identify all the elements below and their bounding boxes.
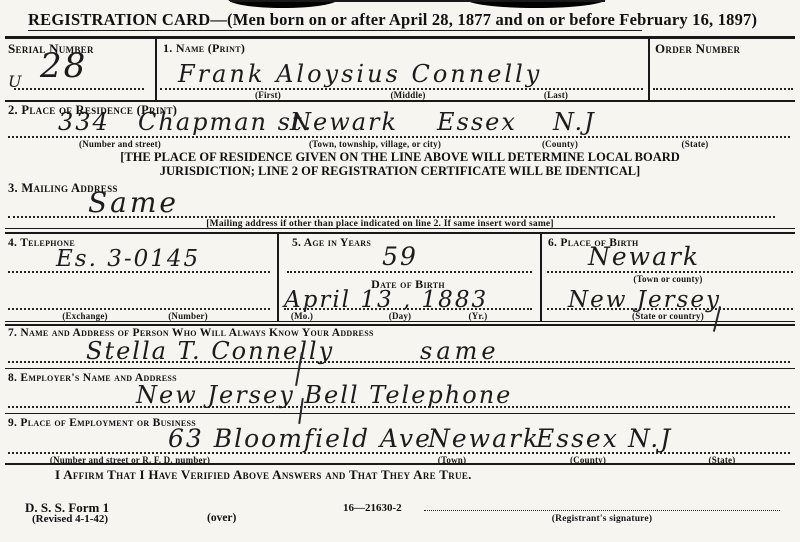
residence-street-value: Chapman st.: [138, 108, 313, 136]
residence-sub-state: (State): [682, 139, 709, 149]
signature-fill-line: [424, 510, 780, 511]
employment-fill-line: [8, 452, 790, 454]
name-sub-middle: (Middle): [390, 90, 425, 100]
mailing-sub: [Mailing address if other than place ind…: [206, 219, 553, 229]
row-border: [5, 232, 795, 234]
cell-divider: [540, 234, 542, 322]
serial-fill-line: [14, 88, 144, 90]
employment-county-value: Essex: [536, 424, 619, 453]
residence-note-line1: [THE PLACE OF RESIDENCE GIVEN ON THE LIN…: [120, 150, 680, 165]
telephone-sub-number: (Number): [168, 311, 208, 321]
footer-print-code: 16—21630-2: [343, 502, 402, 514]
row-border: [5, 100, 795, 102]
dob-fill-line: [284, 308, 532, 310]
mailing-fill-line: [8, 216, 775, 218]
footer-signature-sub: (Registrant's signature): [552, 514, 652, 524]
telephone-fill-line2: [8, 308, 270, 310]
birth-sub-town: (Town or county): [633, 274, 702, 284]
employment-sub-town: (Town): [438, 455, 466, 465]
employment-sub-street: (Number and street or R. F. D. number): [50, 455, 210, 465]
dob-sub-yr: (Yr.): [469, 311, 488, 321]
residence-town-value: Newark: [290, 108, 398, 136]
residence-note-line2: JURISDICTION; LINE 2 OF REGISTRATION CER…: [160, 164, 640, 179]
employment-sub-county: (County): [570, 455, 606, 465]
employment-town-value: Newark: [428, 424, 540, 453]
order-fill-line: [653, 88, 793, 90]
contact-fill-line: [8, 361, 790, 363]
order-number-label: Order Number: [655, 41, 740, 57]
telephone-value: Es. 3-0145: [56, 246, 200, 272]
row-border: [5, 324, 795, 326]
birth-state-fill-line: [547, 308, 793, 310]
residence-county-value: Essex: [437, 108, 517, 136]
mailing-value: Same: [88, 186, 179, 219]
scan-artifact-bar: [230, 0, 605, 2]
employer-fill-line: [8, 406, 790, 408]
age-value: 59: [382, 242, 418, 271]
dob-sub-day: (Day): [389, 311, 412, 321]
residence-sub-county: (County): [542, 139, 578, 149]
title-underline: [28, 30, 642, 31]
residence-sub-number-street: (Number and street): [79, 139, 161, 149]
birth-town-fill-line: [547, 271, 793, 273]
serial-number-value: 28: [40, 46, 87, 86]
affirmation-text: I Affirm That I Have Verified Above Answ…: [55, 467, 472, 483]
telephone-fill-line: [8, 271, 270, 273]
footer-over: (over): [207, 512, 236, 524]
row-border: [5, 413, 795, 414]
telephone-sub-exchange: (Exchange): [62, 311, 108, 321]
card-title: REGISTRATION CARD—(Men born on or after …: [28, 10, 757, 30]
cell-divider: [277, 234, 279, 322]
residence-house-value: 334: [58, 108, 110, 136]
footer-revised: (Revised 4-1-42): [32, 513, 108, 525]
name-sub-last: (Last): [544, 90, 568, 100]
age-fill-line: [287, 271, 532, 273]
dob-sub-mo: (Mo.): [291, 311, 313, 321]
name-label: 1. Name (Print): [163, 41, 245, 56]
name-value: Frank Aloysius Connelly: [178, 60, 542, 88]
cell-divider: [155, 39, 157, 100]
name-sub-first: (First): [255, 90, 281, 100]
employment-sub-state: (State): [709, 455, 736, 465]
residence-state-value: N.J: [553, 108, 596, 136]
employer-value: New Jersey Bell Telephone: [136, 381, 512, 409]
residence-sub-town: (Town, township, village, or city): [309, 139, 441, 149]
age-label: 5. Age in Years: [292, 237, 371, 249]
row-border: [5, 368, 795, 369]
cell-divider: [648, 39, 650, 100]
birth-sub-state: (State or country): [632, 311, 704, 321]
residence-fill-line: [8, 136, 790, 138]
registration-card: REGISTRATION CARD—(Men born on or after …: [0, 0, 800, 542]
row-border: [5, 321, 795, 322]
birth-town-value: Newark: [588, 242, 700, 271]
employment-state-value: N.J: [628, 424, 672, 453]
employment-street-value: 63 Bloomfield Ave: [168, 424, 432, 453]
table-top-border: [5, 36, 795, 39]
